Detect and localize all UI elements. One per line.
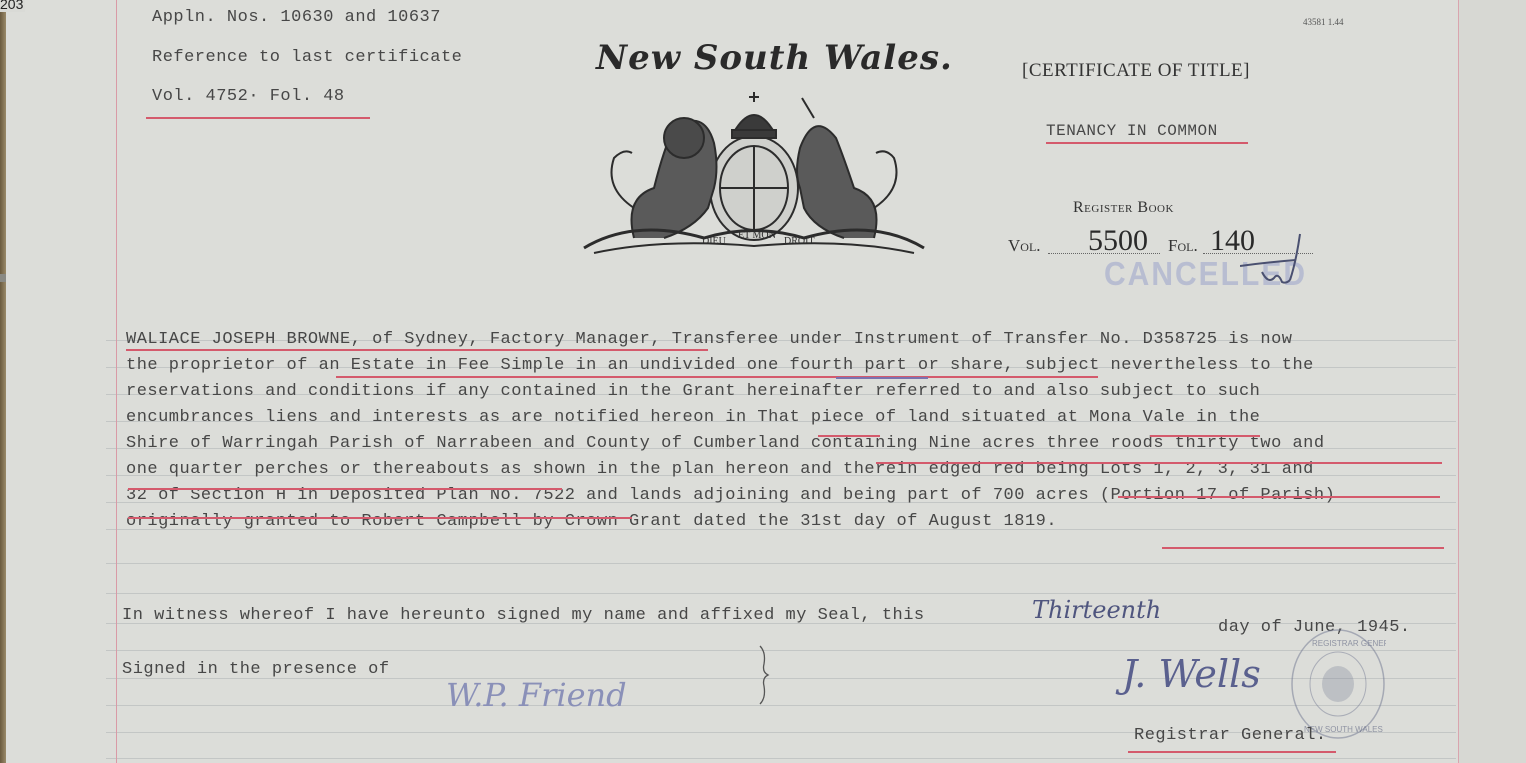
red-underline bbox=[146, 117, 370, 119]
body-line-4: encumbrances liens and interests as are … bbox=[126, 408, 1260, 427]
red-underline bbox=[126, 349, 708, 351]
page-number: 203 bbox=[0, 0, 25, 12]
svg-text:ET MON: ET MON bbox=[738, 230, 776, 241]
red-underline bbox=[128, 488, 562, 490]
reference-volume-folio: Vol. 4752· Fol. 48 bbox=[152, 87, 345, 106]
ruled-line bbox=[106, 593, 1456, 594]
red-underline bbox=[336, 376, 1098, 378]
tenancy-type: TENANCY IN COMMON bbox=[1046, 122, 1218, 140]
bracket-icon bbox=[752, 644, 772, 706]
initials-check-icon bbox=[1240, 232, 1310, 292]
svg-text:REGISTRAR GENERAL: REGISTRAR GENERAL bbox=[1312, 639, 1386, 648]
red-underline bbox=[818, 435, 880, 437]
royal-coat-of-arms-icon: DIEU ET MON DROIT bbox=[574, 88, 934, 258]
body-line-3: reservations and conditions if any conta… bbox=[126, 382, 1260, 401]
red-underline bbox=[876, 462, 1442, 464]
vol-label: Vol. bbox=[1008, 236, 1041, 256]
register-book-label: Register Book bbox=[1073, 199, 1174, 217]
body-line-1: WALIACE JOSEPH BROWNE, of Sydney, Factor… bbox=[126, 330, 1292, 349]
right-margin-strip bbox=[1459, 0, 1526, 763]
red-underline bbox=[1128, 751, 1336, 753]
presence-label: Signed in the presence of bbox=[122, 660, 390, 679]
ruled-line bbox=[106, 758, 1456, 759]
red-underline bbox=[1046, 142, 1248, 144]
ruled-line bbox=[106, 563, 1456, 564]
application-numbers: Appln. Nos. 10630 and 10637 bbox=[152, 8, 441, 27]
svg-text:DIEU: DIEU bbox=[702, 236, 727, 247]
ruled-line bbox=[106, 705, 1456, 706]
red-underline bbox=[1118, 496, 1440, 498]
witness-statement: In witness whereof I have hereunto signe… bbox=[122, 606, 925, 625]
red-underline bbox=[1150, 435, 1260, 437]
document-title: New South Wales. bbox=[596, 38, 953, 78]
registrar-signature: J. Wells bbox=[1122, 652, 1261, 696]
svg-text:DROIT: DROIT bbox=[784, 236, 815, 247]
red-underline bbox=[1162, 547, 1444, 549]
reference-label: Reference to last certificate bbox=[152, 48, 462, 67]
registrar-general-seal-icon: REGISTRAR GENERAL NEW SOUTH WALES bbox=[1290, 628, 1386, 740]
body-line-8: originally granted to Robert Campbell by… bbox=[126, 512, 1057, 531]
red-underline bbox=[128, 517, 632, 519]
body-line-2: the proprietor of an Estate in Fee Simpl… bbox=[126, 356, 1314, 375]
fol-label: Fol. bbox=[1168, 236, 1198, 256]
left-margin-line bbox=[116, 0, 117, 763]
blue-underline bbox=[836, 377, 928, 379]
handwritten-day: Thirteenth bbox=[1032, 596, 1161, 624]
form-code: 43581 1.44 bbox=[1303, 17, 1344, 27]
registrar-title: Registrar General. bbox=[1134, 726, 1327, 745]
vol-value: 5500 bbox=[1088, 224, 1148, 258]
body-line-5: Shire of Warringah Parish of Narrabeen a… bbox=[126, 434, 1325, 453]
certificate-type: [CERTIFICATE OF TITLE] bbox=[1022, 60, 1250, 82]
ruled-line bbox=[106, 650, 1456, 651]
witness-signature: W.P. Friend bbox=[446, 676, 627, 714]
